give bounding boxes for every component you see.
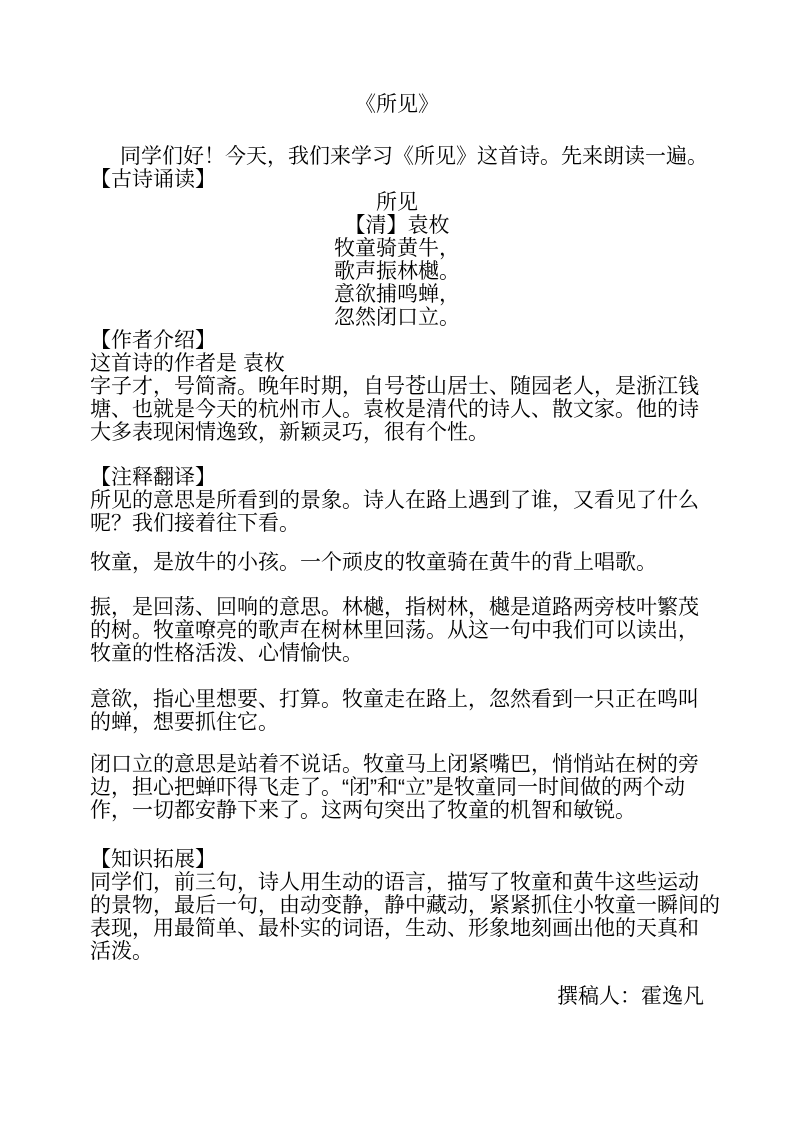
intro-line: 同学们好！今天，我们来学习《所见》这首诗。先来朗读一遍。 xyxy=(90,145,704,168)
annotation-bikouli-line-3: 作，一切都安静下来了。这两句突出了牧童的机智和敏锐。 xyxy=(90,799,704,822)
paragraph-gap xyxy=(90,963,704,985)
annotation-bikouli-line-2: 边，担心把蝉吓得飞走了。“闭”和“立”是牧童同一时间做的两个动 xyxy=(90,776,704,799)
poem-line-1: 牧童骑黄牛， xyxy=(90,237,704,260)
credit-line: 撰稿人：霍逸凡 xyxy=(90,985,704,1008)
annotation-bikouli-line-1: 闭口立的意思是站着不说话。牧童马上闭紧嘴巴，悄悄站在树的旁 xyxy=(90,753,704,776)
section-header-zuozhejieshao: 【作者介绍】 xyxy=(90,329,704,352)
title-gap xyxy=(90,116,704,145)
document-content: 《所见》同学们好！今天，我们来学习《所见》这首诗。先来朗读一遍。【古诗诵读】所见… xyxy=(90,93,704,1008)
poem-line-4: 忽然闭口立。 xyxy=(90,306,704,329)
paragraph-gap xyxy=(90,535,704,551)
annotation-zhen-line-2: 的树。牧童嘹亮的歌声在树林里回荡。从这一句中我们可以读出， xyxy=(90,619,704,642)
annotation-suojian-line-2: 呢？我们接着往下看。 xyxy=(90,512,704,535)
section-header-gushisongdu: 【古诗诵读】 xyxy=(90,168,704,191)
document-page: 《所见》同学们好！今天，我们来学习《所见》这首诗。先来朗读一遍。【古诗诵读】所见… xyxy=(0,0,794,1123)
author-intro-line-2: 字子才，号简斋。晚年时期，自号苍山居士、随园老人，是浙江钱 xyxy=(90,375,704,398)
expansion-line-3: 表现，用最简单、最朴实的词语，生动、形象地刻画出他的天真和 xyxy=(90,917,704,940)
expansion-line-1: 同学们，前三句，诗人用生动的语言，描写了牧童和黄牛这些运动 xyxy=(90,871,704,894)
paragraph-gap xyxy=(90,574,704,596)
doc-title: 《所见》 xyxy=(90,93,704,116)
section-header-zhishituozhan: 【知识拓展】 xyxy=(90,848,704,871)
paragraph-gap xyxy=(90,444,704,466)
annotation-mutong-line-1: 牧童，是放牛的小孩。一个顽皮的牧童骑在黄牛的背上唱歌。 xyxy=(90,551,704,574)
author-intro-line-1: 这首诗的作者是 袁枚 xyxy=(90,352,704,375)
author-intro-line-3: 塘、也就是今天的杭州市人。袁枚是清代的诗人、散文家。他的诗 xyxy=(90,398,704,421)
poem-line-2: 歌声振林樾。 xyxy=(90,260,704,283)
annotation-zhen-line-1: 振，是回荡、回响的意思。林樾，指树林，樾是道路两旁枝叶繁茂 xyxy=(90,596,704,619)
annotation-yiyu-line-2: 的蝉，想要抓住它。 xyxy=(90,711,704,734)
paragraph-gap xyxy=(90,822,704,848)
poem-line-3: 意欲捕鸣蝉， xyxy=(90,283,704,306)
paragraph-gap xyxy=(90,734,704,753)
annotation-yiyu-line-1: 意欲，指心里想要、打算。牧童走在路上，忽然看到一只正在鸣叫 xyxy=(90,688,704,711)
section-header-zhushifanyi: 【注释翻译】 xyxy=(90,466,704,489)
annotation-suojian-line-1: 所见的意思是所看到的景象。诗人在路上遇到了谁，又看见了什么 xyxy=(90,489,704,512)
annotation-zhen-line-3: 牧童的性格活泼、心情愉快。 xyxy=(90,642,704,665)
expansion-line-2: 的景物，最后一句，由动变静，静中藏动，紧紧抓住小牧童一瞬间的 xyxy=(90,894,704,917)
poem-title: 所见 xyxy=(90,191,704,214)
author-intro-line-4: 大多表现闲情逸致，新颖灵巧，很有个性。 xyxy=(90,421,704,444)
expansion-line-4: 活泼。 xyxy=(90,940,704,963)
poem-author: 【清】袁枚 xyxy=(90,214,704,237)
paragraph-gap xyxy=(90,665,704,688)
